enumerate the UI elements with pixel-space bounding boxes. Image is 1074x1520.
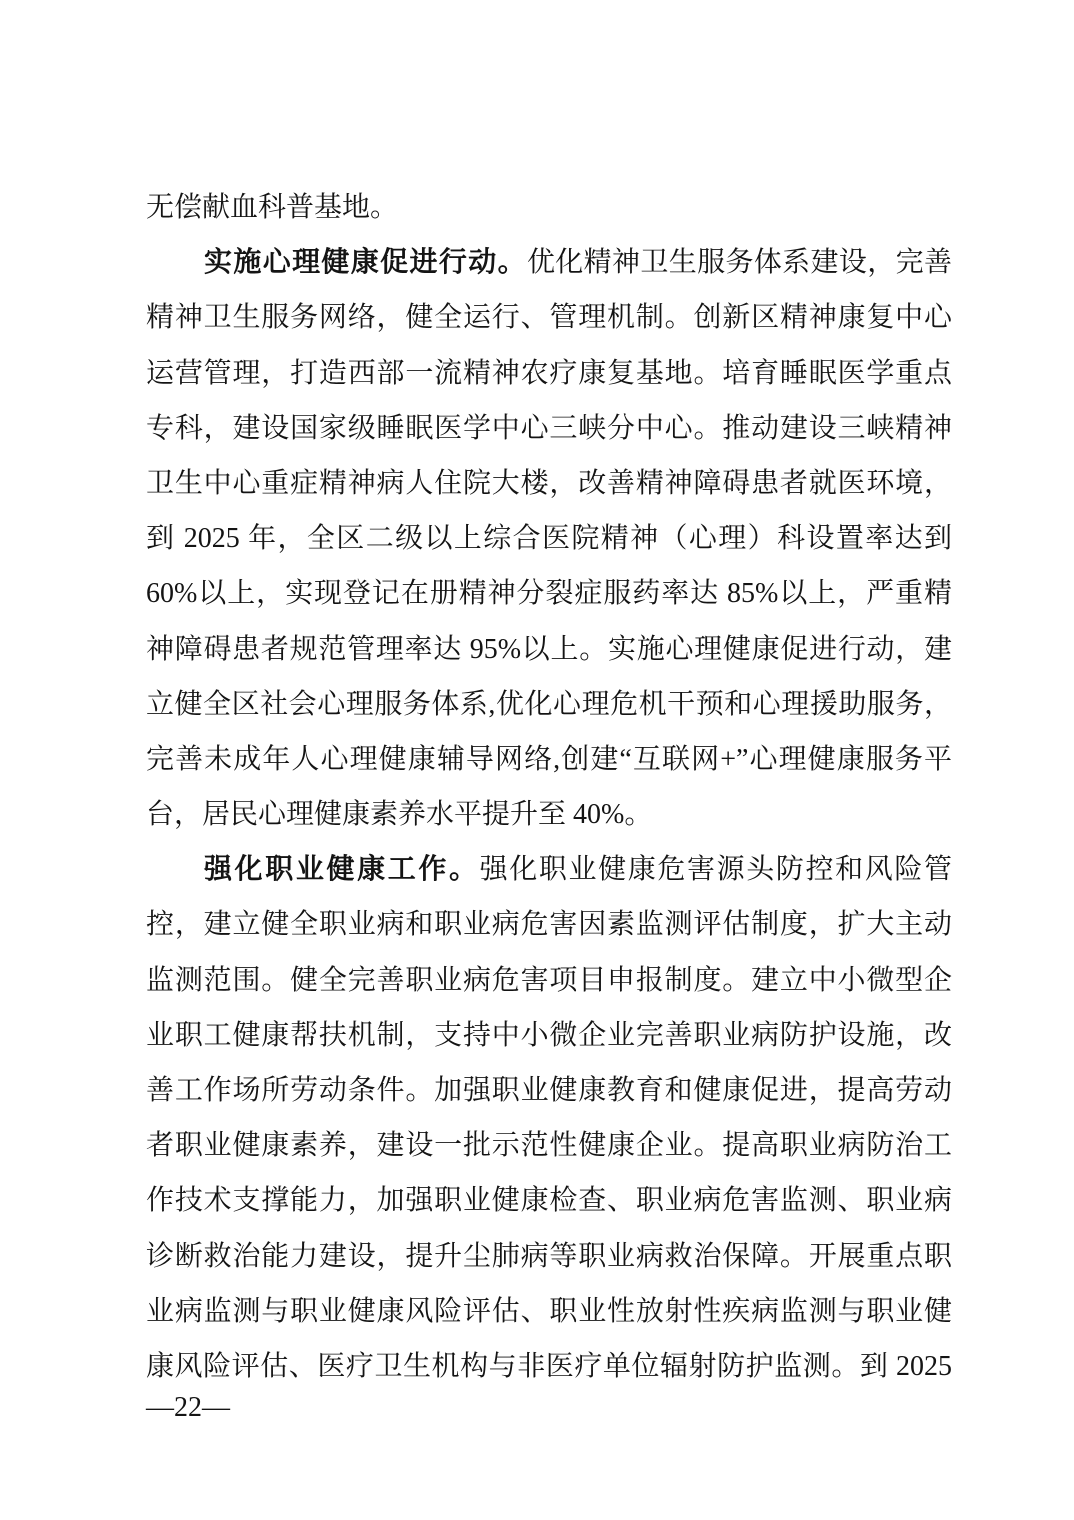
text-line: 完善未成年人心理健康辅导网络,创建“互联网+”心理健康服务平 <box>146 732 952 787</box>
line-text: 优化精神卫生服务体系建设，完善 <box>527 247 952 278</box>
text-line: 者职业健康素养，建设一批示范性健康企业。提高职业病防治工 <box>146 1118 952 1173</box>
line-text: 到 2025 年，全区二级以上综合医院精神（心理）科设置率达到 <box>146 523 952 554</box>
line-text: 神障碍患者规范管理率达 95%以上。实施心理健康促进行动，建 <box>146 634 952 665</box>
line-text: 善工作场所劳动条件。加强职业健康教育和健康促进，提高劳动 <box>146 1075 952 1106</box>
text-line: 神障碍患者规范管理率达 95%以上。实施心理健康促进行动，建 <box>146 622 952 677</box>
text-line: 到 2025 年，全区二级以上综合医院精神（心理）科设置率达到 <box>146 511 952 566</box>
line-text: 者职业健康素养，建设一批示范性健康企业。提高职业病防治工 <box>146 1130 952 1161</box>
text-line: 康风险评估、医疗卫生机构与非医疗单位辐射防护监测。到 2025 <box>146 1339 952 1394</box>
paragraph-heading-bold: 强化职业健康工作。 <box>204 854 480 885</box>
text-line: 精神卫生服务网络，健全运行、管理机制。创新区精神康复中心 <box>146 290 952 345</box>
text-line: 专科，建设国家级睡眠医学中心三峡分中心。推动建设三峡精神 <box>146 401 952 456</box>
line-text: 卫生中心重症精神病人住院大楼，改善精神障碍患者就医环境， <box>146 468 952 499</box>
line-text: 康风险评估、医疗卫生机构与非医疗单位辐射防护监测。到 2025 <box>146 1351 952 1382</box>
text-line: 卫生中心重症精神病人住院大楼，改善精神障碍患者就医环境， <box>146 456 952 511</box>
document-page: 无偿献血科普基地。 实施心理健康促进行动。优化精神卫生服务体系建设，完善 精神卫… <box>0 0 1074 1520</box>
text-line: 控，建立健全职业病和职业病危害因素监测评估制度，扩大主动 <box>146 897 952 952</box>
line-text: 控，建立健全职业病和职业病危害因素监测评估制度，扩大主动 <box>146 909 952 940</box>
line-text: 业病监测与职业健康风险评估、职业性放射性疾病监测与职业健 <box>146 1296 952 1327</box>
text-line: 监测范围。健全完善职业病危害项目申报制度。建立中小微型企 <box>146 953 952 1008</box>
line-text: 60%以上，实现登记在册精神分裂症服药率达 85%以上，严重精 <box>146 578 952 609</box>
text-line: 60%以上，实现登记在册精神分裂症服药率达 85%以上，严重精 <box>146 566 952 621</box>
text-body: 无偿献血科普基地。 实施心理健康促进行动。优化精神卫生服务体系建设，完善 精神卫… <box>146 180 952 1394</box>
text-line: 业职工健康帮扶机制，支持中小微企业完善职业病防护设施，改 <box>146 1008 952 1063</box>
line-text: 无偿献血科普基地。 <box>146 192 398 223</box>
line-text: 台，居民心理健康素养水平提升至 40%。 <box>146 799 652 830</box>
line-text: 完善未成年人心理健康辅导网络,创建“互联网+”心理健康服务平 <box>146 744 952 775</box>
text-line: 善工作场所劳动条件。加强职业健康教育和健康促进，提高劳动 <box>146 1063 952 1118</box>
text-line: 台，居民心理健康素养水平提升至 40%。 <box>146 787 952 842</box>
line-text: 监测范围。健全完善职业病危害项目申报制度。建立中小微型企 <box>146 965 952 996</box>
line-text: 立健全区社会心理服务体系,优化心理危机干预和心理援助服务， <box>146 689 952 720</box>
line-text: 专科，建设国家级睡眠医学中心三峡分中心。推动建设三峡精神 <box>146 413 952 444</box>
line-text: 作技术支撑能力，加强职业健康检查、职业病危害监测、职业病 <box>146 1185 952 1216</box>
page-number: —22— <box>146 1392 230 1424</box>
text-line: 诊断救治能力建设，提升尘肺病等职业病救治保障。开展重点职 <box>146 1229 952 1284</box>
line-text: 强化职业健康危害源头防控和风险管 <box>480 854 952 885</box>
line-text: 精神卫生服务网络，健全运行、管理机制。创新区精神康复中心 <box>146 302 952 333</box>
line-text: 运营管理，打造西部一流精神农疗康复基地。培育睡眠医学重点 <box>146 358 952 389</box>
line-text: 诊断救治能力建设，提升尘肺病等职业病救治保障。开展重点职 <box>146 1241 952 1272</box>
text-line: 无偿献血科普基地。 <box>146 180 952 235</box>
text-line: 实施心理健康促进行动。优化精神卫生服务体系建设，完善 <box>146 235 952 290</box>
paragraph-heading-bold: 实施心理健康促进行动。 <box>204 247 527 278</box>
text-line: 强化职业健康工作。强化职业健康危害源头防控和风险管 <box>146 842 952 897</box>
text-line: 业病监测与职业健康风险评估、职业性放射性疾病监测与职业健 <box>146 1284 952 1339</box>
line-text: 业职工健康帮扶机制，支持中小微企业完善职业病防护设施，改 <box>146 1020 952 1051</box>
text-line: 作技术支撑能力，加强职业健康检查、职业病危害监测、职业病 <box>146 1173 952 1228</box>
text-line: 运营管理，打造西部一流精神农疗康复基地。培育睡眠医学重点 <box>146 346 952 401</box>
text-line: 立健全区社会心理服务体系,优化心理危机干预和心理援助服务， <box>146 677 952 732</box>
